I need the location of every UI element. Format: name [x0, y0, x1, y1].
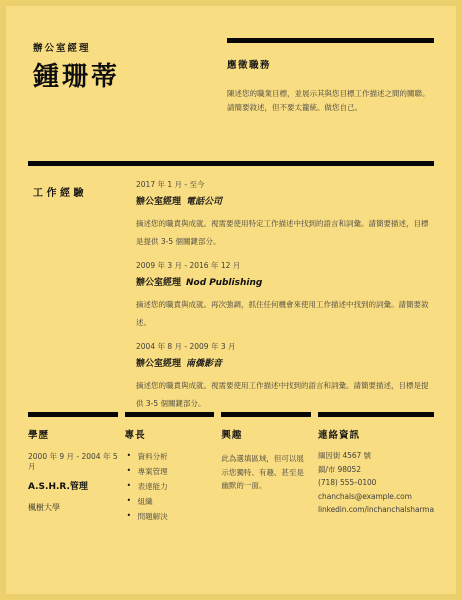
experience-company: 電話公司 [186, 197, 222, 207]
header-identity: 辦公室經理 鍾珊蒂 [33, 40, 120, 91]
experience-entry: 2017 年 1 月 - 至今 辦公室經理電話公司 摘述您的職責與成就。視需要使… [136, 180, 434, 251]
interests-text: 此為選填區域，但可以展示您獨特、有趣、甚至是幽默的一面。 [221, 452, 311, 493]
skill-item: 資料分析 [125, 452, 215, 461]
experience-heading: 工作經驗 [33, 184, 87, 199]
contact-city: 鎮/市 98052 [318, 466, 434, 475]
experience-titleline: 辦公室經理Nod Publishing [136, 278, 434, 289]
skill-item: 組織 [125, 497, 215, 506]
skills-heading: 專長 [125, 427, 215, 441]
experience-job-title: 辦公室經理 [136, 197, 181, 207]
skill-item: 專案管理 [125, 467, 215, 476]
contact-phone: (718) 555–0100 [318, 479, 434, 488]
education-content: 2000 年 9 月 - 2004 年 5 月 A.S.H.R.管理 楓樹大學 [28, 452, 118, 513]
interests-heading: 興趣 [221, 427, 311, 441]
experience-titleline: 辦公室經理電話公司 [136, 197, 434, 208]
interests-section: 興趣 此為選填區域，但可以展示您獨特、有趣、甚至是幽默的一面。 [221, 412, 311, 527]
skills-list: 資料分析 專案管理 表達能力 組織 問題解決 [125, 452, 215, 521]
experience-dates: 2017 年 1 月 - 至今 [136, 180, 434, 190]
bottom-grid: 學歷 2000 年 9 月 - 2004 年 5 月 A.S.H.R.管理 楓樹… [28, 412, 434, 527]
contact-street: 緬因街 4567 號 [318, 452, 434, 461]
interests-content: 此為選填區域，但可以展示您獨特、有趣、甚至是幽默的一面。 [221, 452, 311, 493]
objective-text: 陳述您的職業目標，並展示其與您目標工作描述之間的關聯。請簡要敘述，但不要太籠統。… [227, 87, 434, 114]
interests-divider-bar [221, 412, 311, 417]
education-divider-bar [28, 412, 118, 417]
experience-titleline: 辦公室經理南僑影音 [136, 359, 434, 370]
experience-job-title: 辦公室經理 [136, 359, 181, 369]
contact-section: 連絡資訊 緬因街 4567 號 鎮/市 98052 (718) 555–0100… [318, 412, 434, 527]
resume-page: 辦公室經理 鍾珊蒂 應徵職務 陳述您的職業目標，並展示其與您目標工作描述之間的關… [0, 0, 462, 600]
candidate-name: 鍾珊蒂 [33, 63, 120, 91]
experience-divider-bar [28, 161, 434, 166]
experience-dates: 2004 年 8 月 - 2009 年 3 月 [136, 342, 434, 352]
experience-company: 南僑影音 [186, 359, 222, 369]
education-section: 學歷 2000 年 9 月 - 2004 年 5 月 A.S.H.R.管理 楓樹… [28, 412, 118, 527]
role-label: 辦公室經理 [33, 40, 120, 54]
objective-section: 應徵職務 陳述您的職業目標，並展示其與您目標工作描述之間的關聯。請簡要敘述，但不… [227, 38, 434, 114]
objective-heading: 應徵職務 [227, 57, 434, 71]
skills-content: 資料分析 專案管理 表達能力 組織 問題解決 [125, 452, 215, 521]
education-heading: 學歷 [28, 427, 118, 441]
contact-content: 緬因街 4567 號 鎮/市 98052 (718) 555–0100 chan… [318, 452, 434, 515]
skills-section: 專長 資料分析 專案管理 表達能力 組織 問題解決 [125, 412, 215, 527]
education-dates: 2000 年 9 月 - 2004 年 5 月 [28, 452, 118, 472]
experience-description: 摘述您的職責與成就。再次強調，抓住任何機會來使用工作描述中找到的詞彙。請簡要敘述… [136, 296, 434, 332]
experience-company: Nod Publishing [186, 278, 262, 288]
education-degree: A.S.H.R.管理 [28, 482, 118, 493]
contact-linkedin: linkedin.com/inchanchalsharma [318, 506, 434, 515]
experience-entry: 2004 年 8 月 - 2009 年 3 月 辦公室經理南僑影音 摘述您的職責… [136, 342, 434, 413]
education-school: 楓樹大學 [28, 503, 118, 513]
experience-job-title: 辦公室經理 [136, 278, 181, 288]
experience-dates: 2009 年 3 月 - 2016 年 12 月 [136, 261, 434, 271]
experience-section: 工作經驗 2017 年 1 月 - 至今 辦公室經理電話公司 摘述您的職責與成就… [28, 161, 434, 413]
experience-entry: 2009 年 3 月 - 2016 年 12 月 辦公室經理Nod Publis… [136, 261, 434, 332]
contact-email: chanchals@example.com [318, 493, 434, 502]
contact-divider-bar [318, 412, 434, 417]
experience-entries: 2017 年 1 月 - 至今 辦公室經理電話公司 摘述您的職責與成就。視需要使… [136, 180, 434, 413]
skill-item: 問題解決 [125, 512, 215, 521]
skills-divider-bar [125, 412, 215, 417]
objective-divider-bar [227, 38, 434, 43]
experience-description: 摘述您的職責與成就。視需要使用特定工作描述中找到的語言和詞彙。請簡要描述，目標是… [136, 215, 434, 251]
skill-item: 表達能力 [125, 482, 215, 491]
contact-heading: 連絡資訊 [318, 427, 434, 441]
experience-description: 摘述您的職責與成就。視需要使用工作描述中找到的語言和詞彙。請簡要描述，目標是提供… [136, 377, 434, 413]
